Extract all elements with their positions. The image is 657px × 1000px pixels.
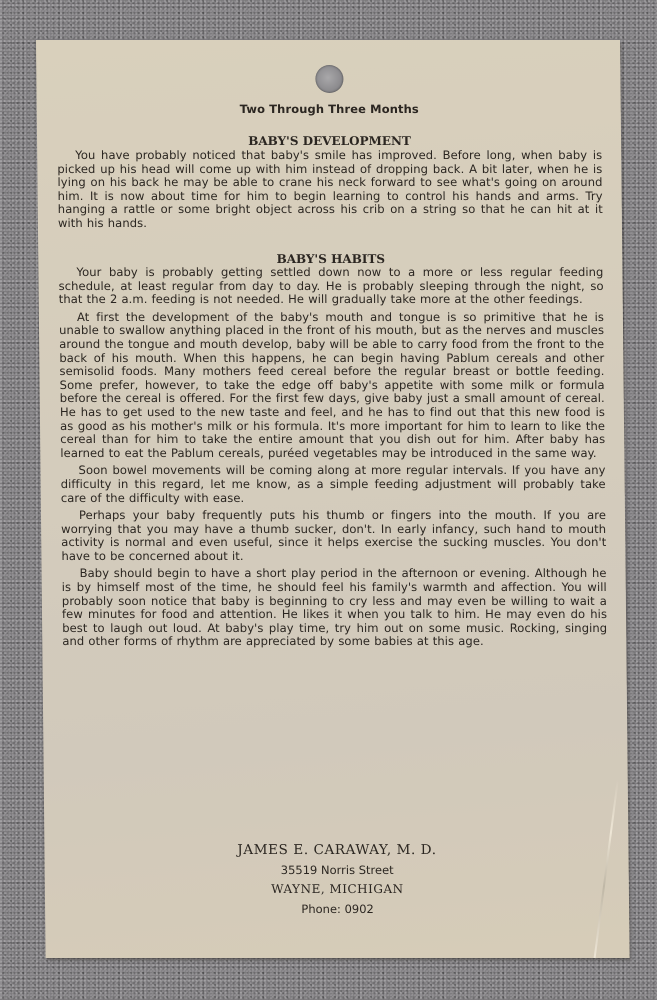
paragraph-bowel: Soon bowel movements will be coming alon… bbox=[60, 464, 605, 505]
doctor-name: JAMES E. CARAWAY, M. D. bbox=[64, 840, 609, 860]
paragraph-cereal: At first the development of the baby's m… bbox=[59, 311, 606, 461]
paragraph-play: Baby should begin to have a short play p… bbox=[62, 567, 608, 649]
page-title: Two Through Three Months bbox=[57, 103, 602, 117]
section-heading-development: BABY'S DEVELOPMENT bbox=[57, 134, 602, 148]
paper-sheet: Two Through Three Months BABY'S DEVELOPM… bbox=[36, 40, 630, 958]
punch-hole bbox=[315, 65, 343, 93]
signature-block: JAMES E. CARAWAY, M. D. 35519 Norris Str… bbox=[64, 840, 610, 919]
habits-body: Your baby is probably getting settled do… bbox=[58, 266, 607, 653]
paragraph-thumb: Perhaps your baby frequently puts his th… bbox=[61, 509, 607, 563]
paragraph-feeding-schedule: Your baby is probably getting settled do… bbox=[58, 266, 603, 307]
phone-number: Phone: 0902 bbox=[65, 899, 610, 919]
city-state: WAYNE, MICHIGAN bbox=[65, 880, 610, 899]
section-heading-habits: BABY'S HABITS bbox=[58, 252, 603, 266]
paragraph-development: You have probably noticed that baby's sm… bbox=[57, 149, 603, 231]
street-address: 35519 Norris Street bbox=[65, 860, 610, 880]
